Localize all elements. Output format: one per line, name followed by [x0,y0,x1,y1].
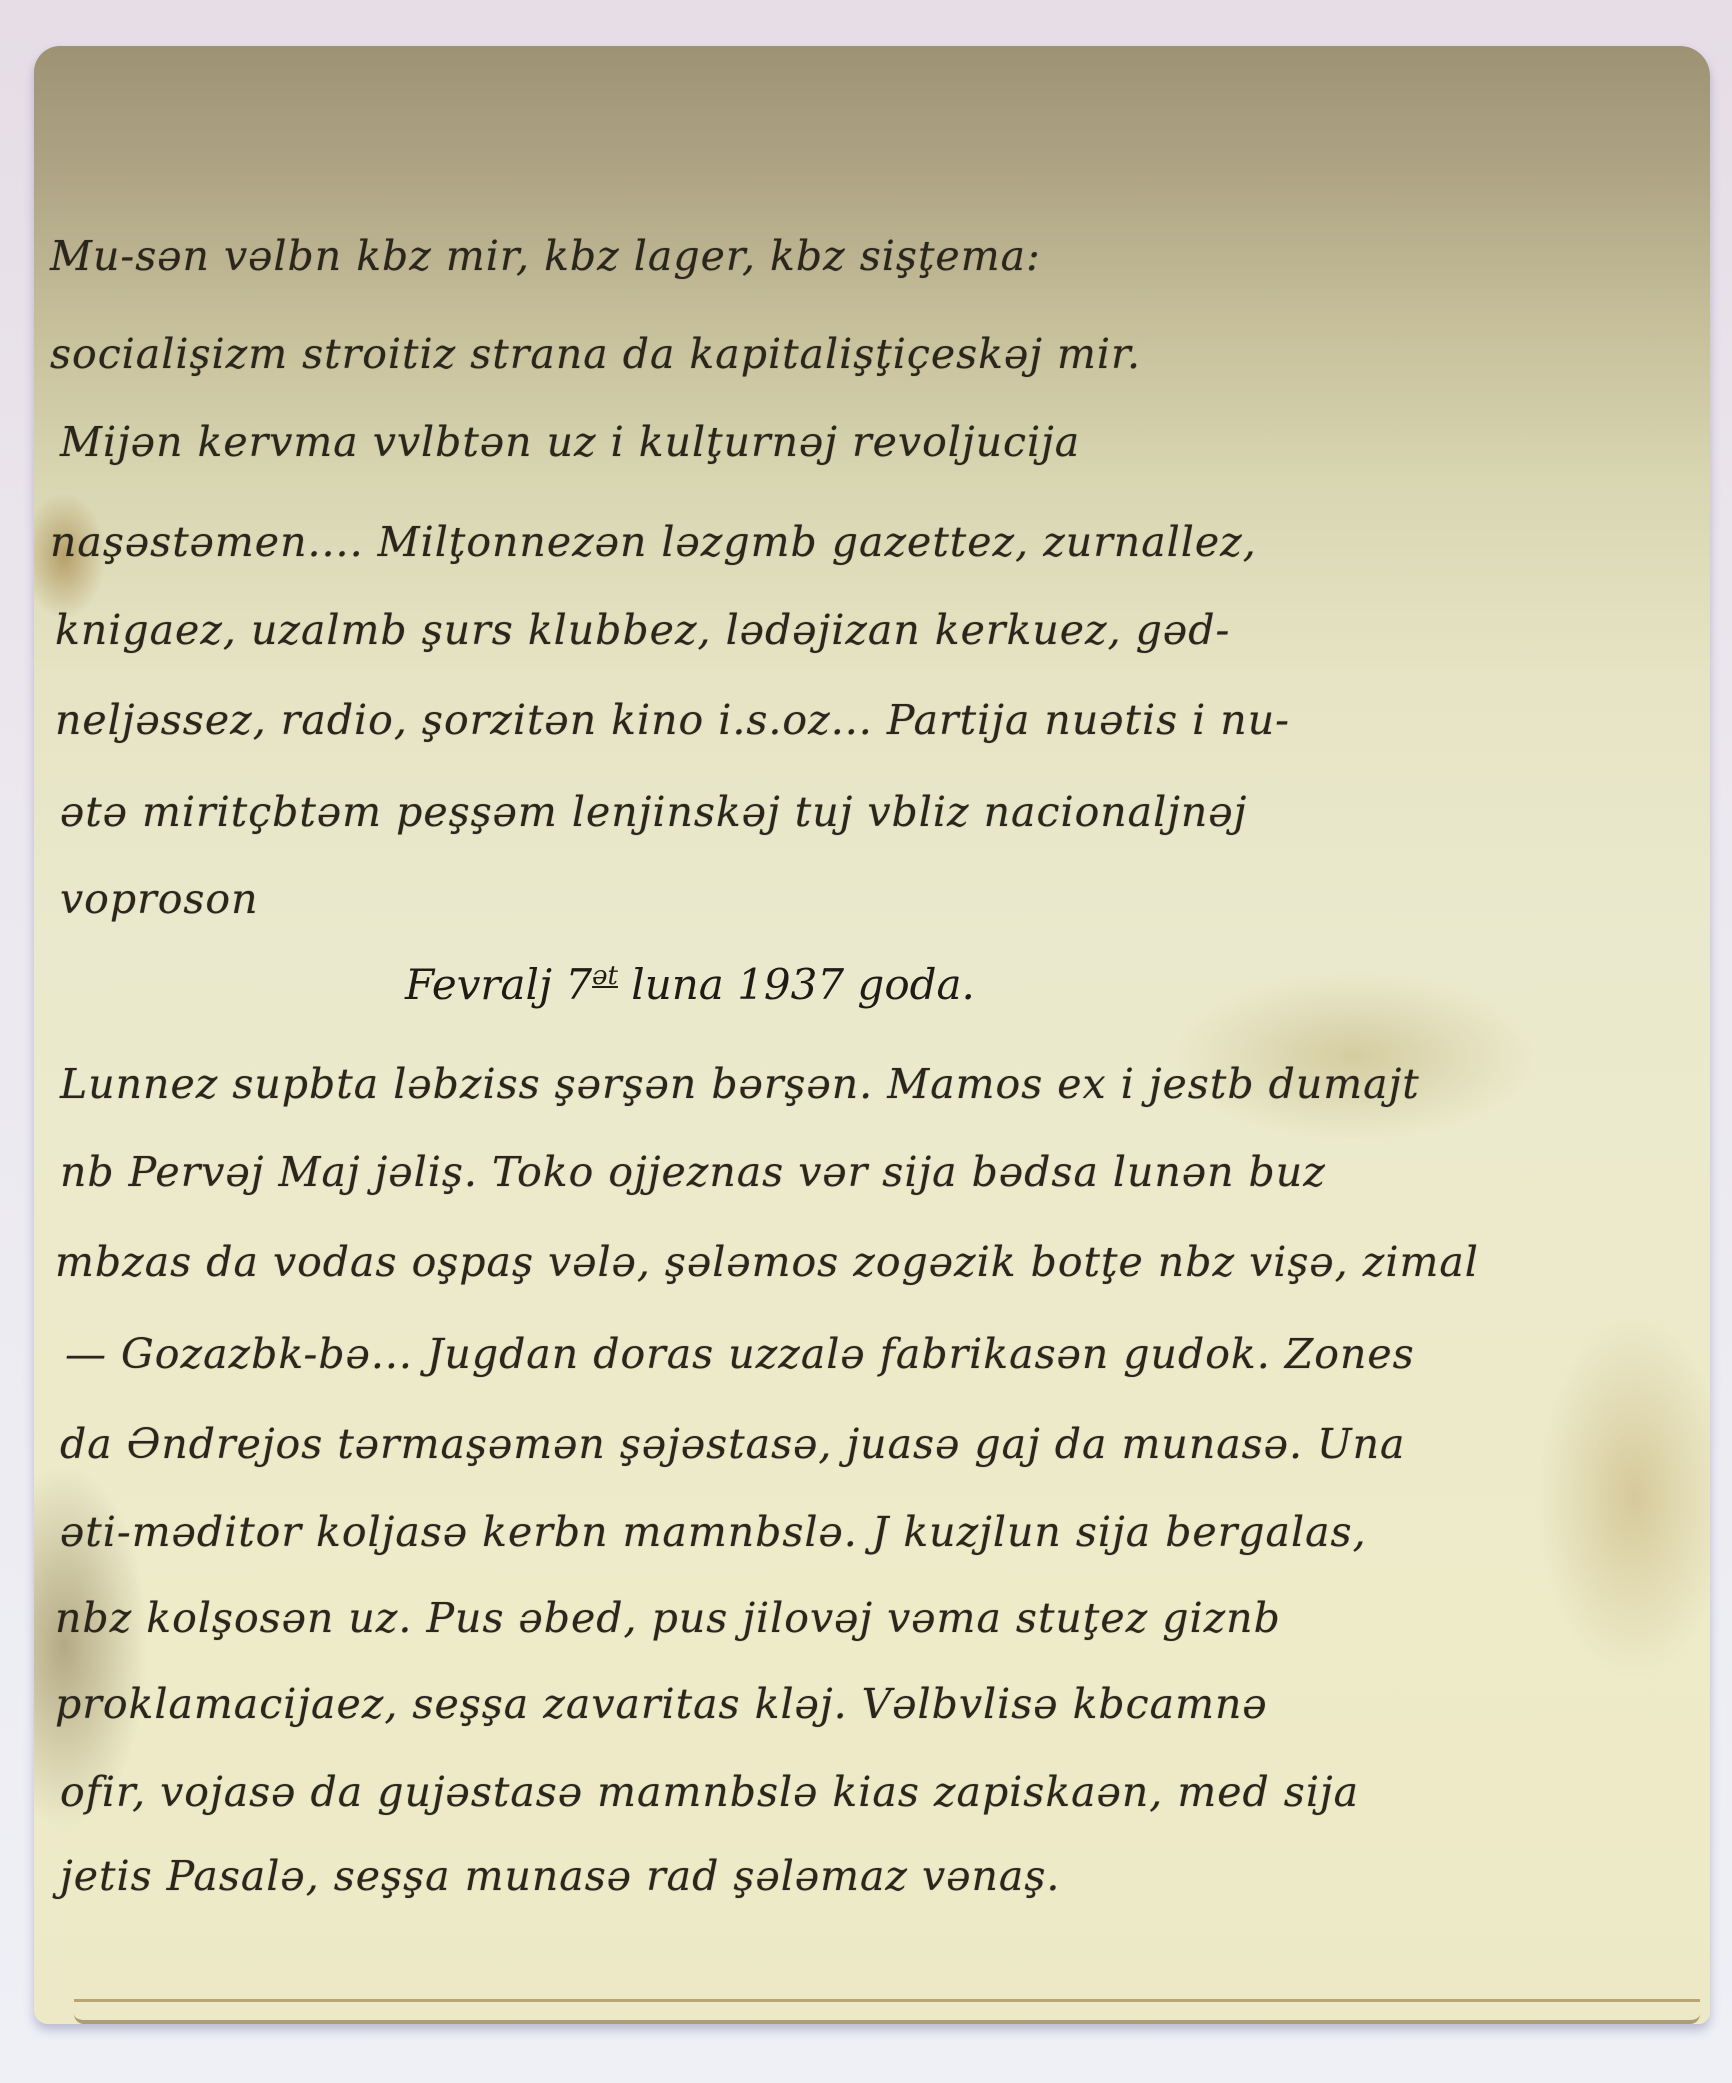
date-superscript: ət [592,961,618,991]
text-line: neljəssez, radio, şorzitən kino i.s.oz..… [55,696,1290,744]
text-line: socialişizm stroitiz strana da kapitaliş… [50,330,1141,378]
date-heading: Fevralj 7ət luna 1937 goda. [405,960,975,1009]
text-line: nbz kolşosən uz. Pus əbed, pus jilovəj v… [55,1594,1281,1642]
text-line: Lunnez supbta ləbziss şərşən bərşən. Mam… [60,1060,1420,1108]
text-line: knigaez, uzalmb şurs klubbez, lədəjizan … [55,606,1230,654]
text-line: mbzas da vodas oşpaş vələ, şələmos zogəz… [55,1238,1479,1286]
text-line: proklamacijaez, seşşa zavaritas kləj. Və… [55,1680,1268,1728]
text-line: — Gozazbk-bə... Jugdan doras uzzalə fabr… [65,1330,1415,1378]
text-line: ətə miritçbtəm peşşəm lenjinskəj tuj vbl… [60,788,1247,836]
text-line: ofir, vojasə da gujəstasə mamnbslə kias … [60,1768,1359,1816]
text-line: Mijən kervma vvlbtən uz i kulţurnəj revo… [60,418,1080,466]
text-line: nb Pervəj Maj jəliş. Toko ojjeznas vər s… [60,1148,1326,1196]
text-line: voproson [60,875,259,923]
text-line: Mu-sən vəlbn kbz mir, kbz lager, kbz siş… [50,232,1041,280]
text-line: da Əndrejos tərmaşəmən şəjəstasə, juasə … [60,1420,1405,1468]
date-heading-part: Fevralj 7 [405,960,592,1009]
text-line: jetis Pasalə, seşşa munasə rad şələmaz v… [60,1852,1060,1900]
text-line: əti-məditor koljasə kerbn mamnbslə. J ku… [60,1508,1367,1556]
text-line: naşəstəmen.... Milţonnezən ləzgmb gazett… [50,518,1257,566]
date-heading-part: luna 1937 goda. [618,960,975,1009]
